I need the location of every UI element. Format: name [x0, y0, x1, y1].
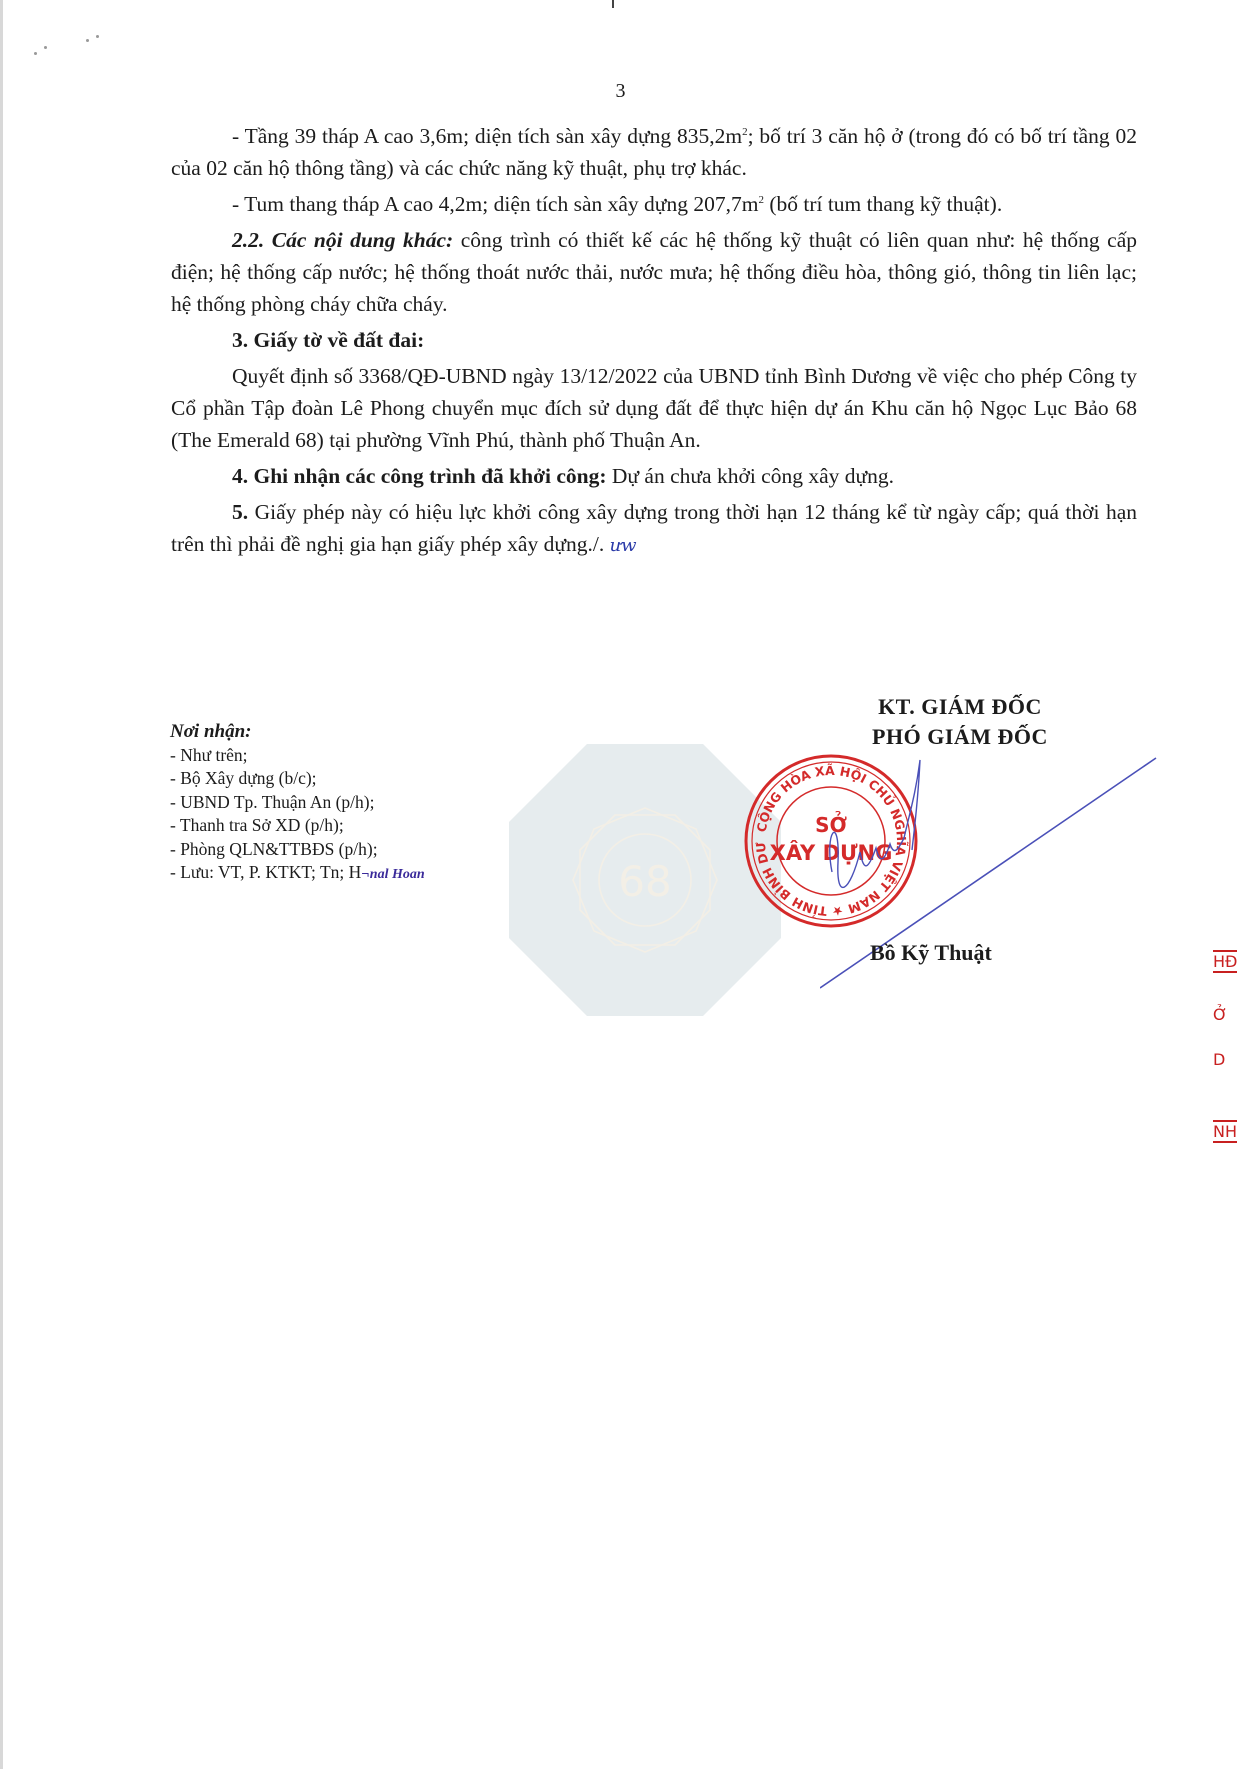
paragraph-stairhead: - Tum thang tháp A cao 4,2m; diện tích s… [171, 188, 1137, 220]
recipient-item: - UBND Tp. Thuận An (p/h); [170, 791, 425, 815]
signature-title-2: PHÓ GIÁM ĐỐC [780, 722, 1140, 752]
recipients-list: Nơi nhận: - Như trên; - Bộ Xây dựng (b/c… [170, 720, 425, 887]
signer-name: Bồ Kỹ Thuật [870, 940, 992, 966]
paragraph-floor-39: - Tầng 39 tháp A cao 3,6m; diện tích sàn… [171, 120, 1137, 184]
adjacent-page-stamp-edge: HĐ Ở D NH [1213, 950, 1241, 1170]
signature-title-1: KT. GIÁM ĐỐC [780, 692, 1140, 722]
paragraph-other-content: 2.2. Các nội dung khác: công trình có th… [171, 224, 1137, 320]
recipient-item: - Phòng QLN&TTBĐS (p/h); [170, 838, 425, 862]
body-text: - Tầng 39 tháp A cao 3,6m; diện tích sàn… [171, 120, 1137, 562]
document-page: 3 - Tầng 39 tháp A cao 3,6m; diện tích s… [0, 0, 1241, 1769]
scan-mark [612, 0, 614, 8]
handwritten-note: ¬nal Hoan [361, 867, 424, 882]
svg-text:68: 68 [618, 857, 671, 906]
section-heading-land-documents: 3. Giấy tờ về đất đai: [171, 324, 1137, 356]
recipient-item: - Thanh tra Sở XD (p/h); [170, 814, 425, 838]
paragraph-land-decision: Quyết định số 3368/QĐ-UBND ngày 13/12/20… [171, 360, 1137, 456]
recipient-item: - Bộ Xây dựng (b/c); [170, 767, 425, 791]
paragraph-started-works: 4. Ghi nhận các công trình đã khởi công:… [171, 460, 1137, 492]
recipients-heading: Nơi nhận: [170, 720, 425, 744]
paragraph-validity: 5. Giấy phép này có hiệu lực khởi công x… [171, 496, 1137, 562]
signature-block: KT. GIÁM ĐỐC PHÓ GIÁM ĐỐC [780, 692, 1140, 752]
handwritten-initials: ưw [610, 535, 637, 556]
scan-edge [0, 0, 3, 1769]
recipient-item: - Lưu: VT, P. KTKT; Tn; H¬nal Hoan [170, 861, 425, 887]
page-number: 3 [0, 80, 1241, 103]
recipient-item: - Như trên; [170, 744, 425, 768]
